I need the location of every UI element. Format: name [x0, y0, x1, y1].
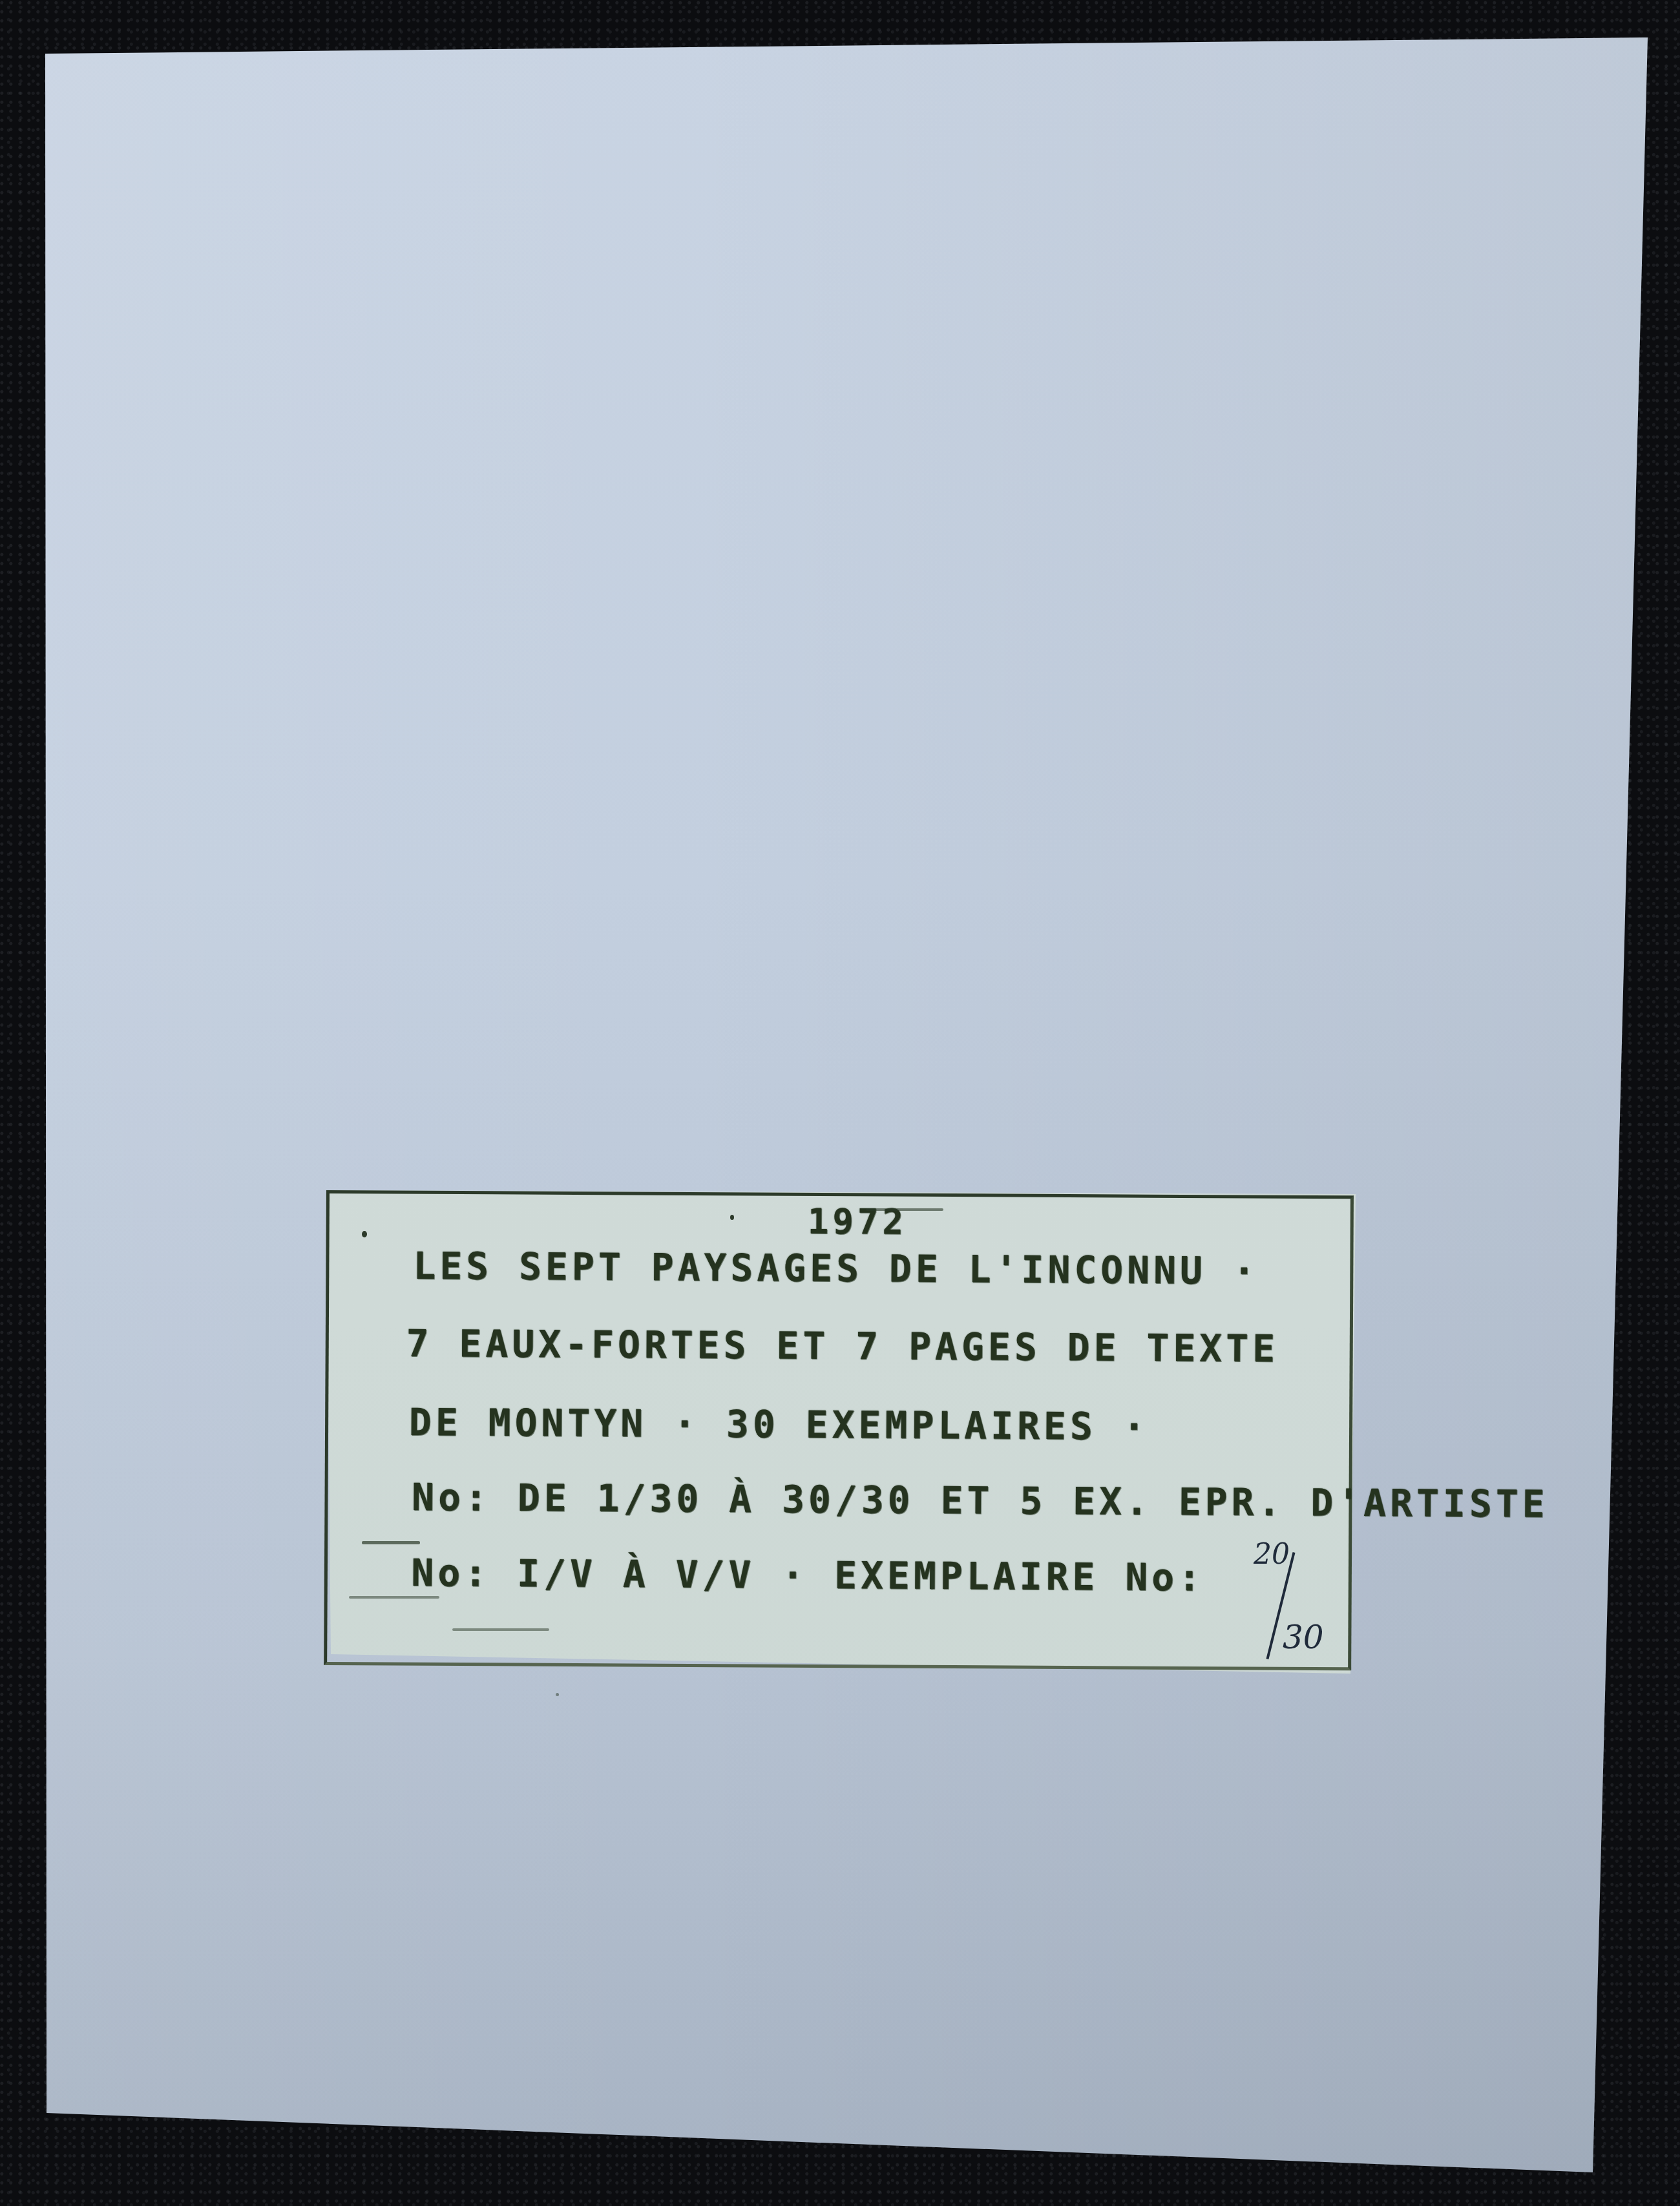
- colophon-line-numbering: No: DE 1/30 À 30/30 ET 5 EX. EPR. D'ARTI…: [412, 1475, 1549, 1526]
- ink-speck: [866, 1208, 943, 1211]
- colophon-line-author-edition: DE MONTYN · 30 EXEMPLAIRES ·: [409, 1400, 1150, 1449]
- colophon-line-contents: 7 EAUX-FORTES ET 7 PAGES DE TEXTE: [406, 1321, 1279, 1371]
- ink-speck: [362, 1231, 367, 1237]
- ink-speck: [930, 1570, 934, 1590]
- edition-number-numerator: 20: [1254, 1538, 1290, 1571]
- ink-speck: [730, 1215, 734, 1220]
- ink-speck: [362, 1541, 420, 1544]
- ink-speck: [349, 1596, 439, 1599]
- edition-number-denominator: 30: [1283, 1619, 1324, 1656]
- colophon-line-title: LES SEPT PAYSAGES DE L'INCONNU ·: [413, 1244, 1259, 1293]
- colophon-line-artist-proofs: No: I/V À V/V · EXEMPLAIRE No:: [411, 1551, 1204, 1599]
- colophon-year: 1972: [808, 1201, 907, 1243]
- paper-speck: [556, 1693, 559, 1696]
- paper-shading: [0, 0, 1680, 2206]
- ink-speck: [452, 1628, 549, 1631]
